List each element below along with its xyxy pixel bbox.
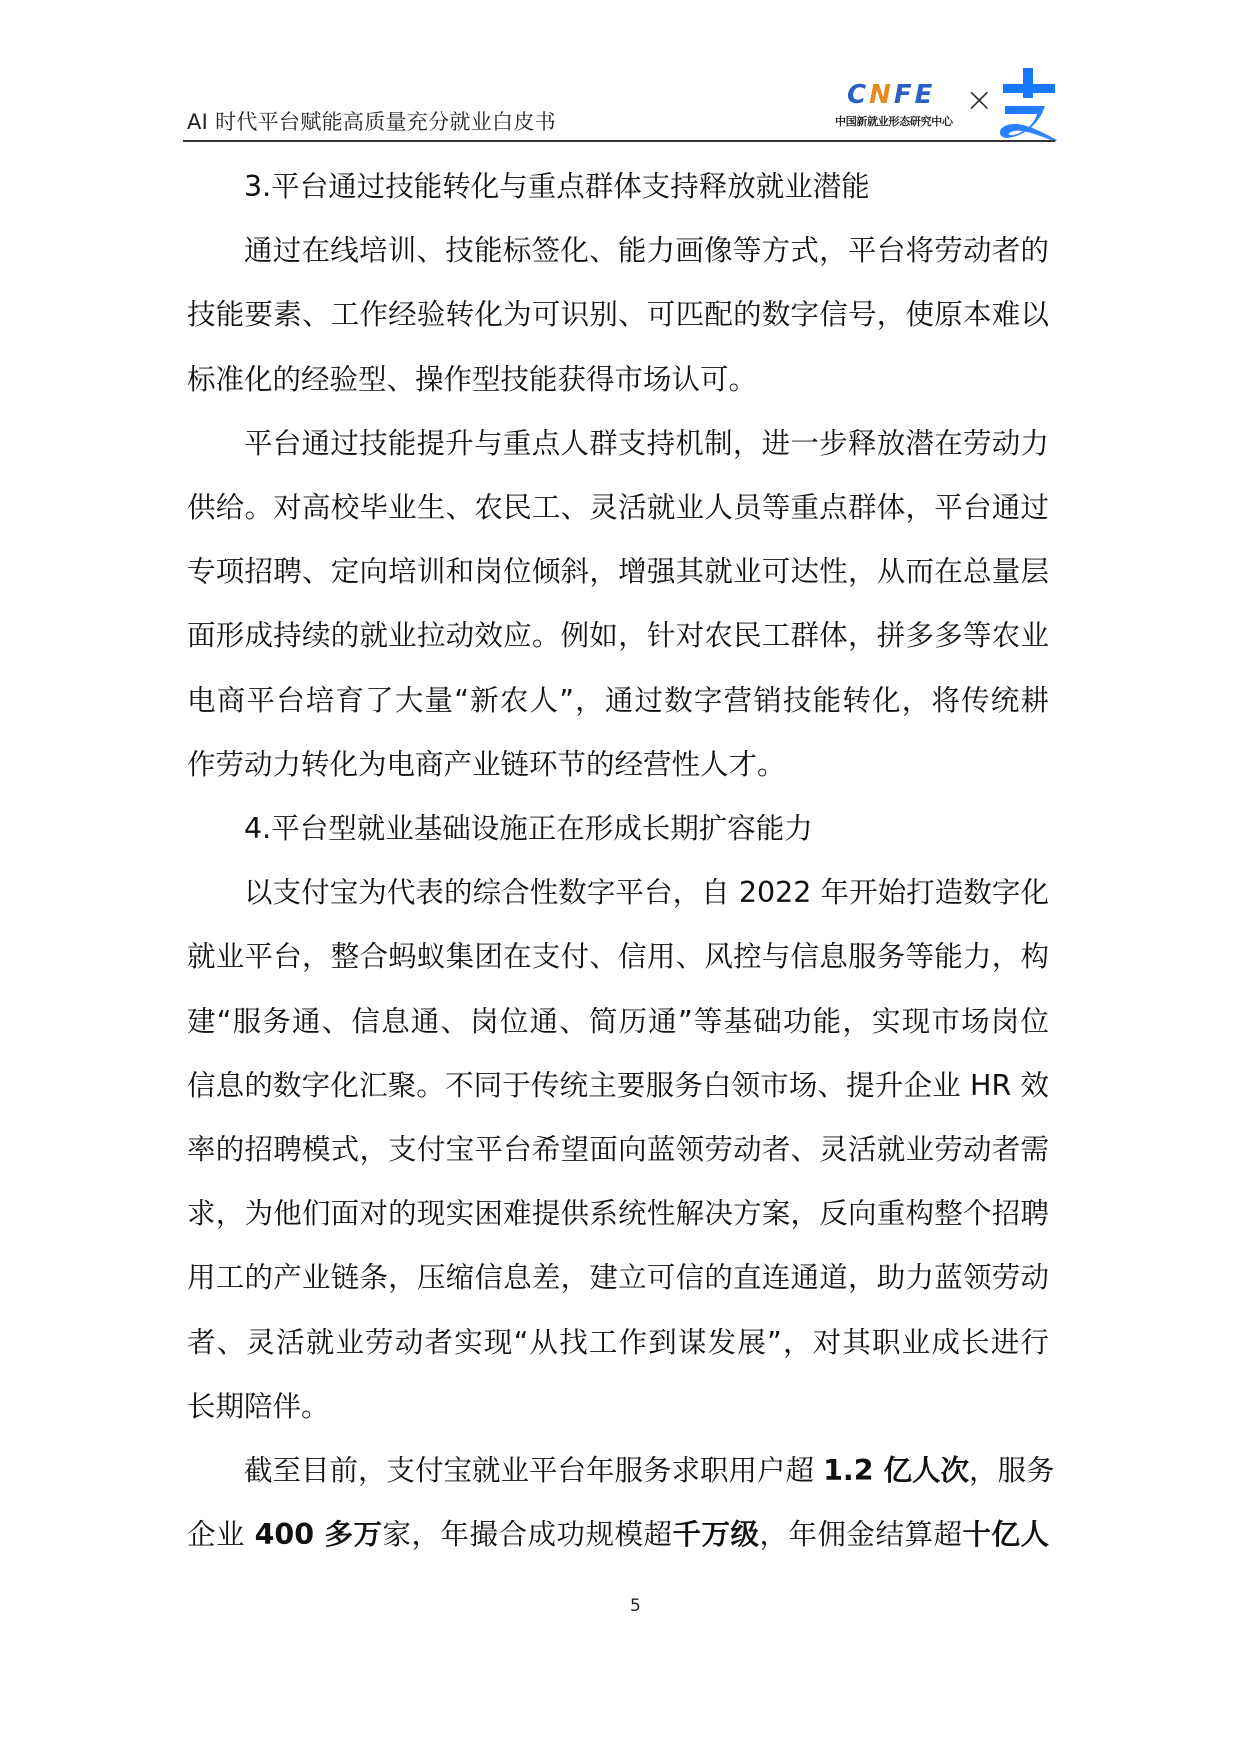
- cnfe-logo-mark: CNFE: [847, 80, 935, 110]
- alipay-logo-icon: [995, 64, 1061, 144]
- stat-match-scale: 千万级: [672, 1518, 759, 1551]
- section-4: 4.平台型就业基础设施正在形成长期扩容能力 以支付宝为代表的综合性数字平台，自 …: [187, 797, 1049, 1567]
- text-line: 长期陪伴。: [187, 1375, 1049, 1439]
- text-line: 建“服务通、信息通、岗位通、简历通”等基础功能，实现市场岗位: [187, 990, 1049, 1054]
- text-line: 专项招聘、定向培训和岗位倾斜，增强其就业可达性，从而在总量层: [187, 540, 1049, 604]
- paragraph: 平台通过技能提升与重点人群支持机制，进一步释放潜在劳动力 供给。对高校毕业生、农…: [187, 412, 1049, 797]
- header-divider: [183, 140, 1055, 142]
- paragraph-statistics: 截至目前，支付宝就业平台年服务求职用户超 1.2 亿人次，服务 企业 400 多…: [187, 1439, 1049, 1567]
- text-line: 信息的数字化汇聚。不同于传统主要服务白领市场、提升企业 HR 效: [187, 1054, 1049, 1118]
- stat-enterprises: 400 多万: [255, 1518, 383, 1551]
- text-line: 者、灵活就业劳动者实现“从找工作到谋发展”，对其职业成长进行: [187, 1311, 1049, 1375]
- paragraph: 以支付宝为代表的综合性数字平台，自 2022 年开始打造数字化 就业平台，整合蚂…: [187, 861, 1049, 1439]
- text-line: 用工的产业链条，压缩信息差，建立可信的直连通道，助力蓝领劳动: [187, 1246, 1049, 1310]
- text-line: 就业平台，整合蚂蚁集团在支付、信用、风控与信息服务等能力，构: [187, 925, 1049, 989]
- text-line: 作劳动力转化为电商产业链环节的经营性人才。: [187, 733, 1049, 797]
- paragraph: 通过在线培训、技能标签化、能力画像等方式，平台将劳动者的 技能要素、工作经验转化…: [187, 219, 1049, 412]
- text-line: 标准化的经验型、操作型技能获得市场认可。: [187, 348, 1049, 412]
- text-line: 以支付宝为代表的综合性数字平台，自 2022 年开始打造数字化: [187, 861, 1049, 925]
- text-line: 通过在线培训、技能标签化、能力画像等方式，平台将劳动者的: [187, 219, 1049, 283]
- text-line: 企业 400 多万家，年撮合成功规模超千万级，年佣金结算超十亿人: [187, 1503, 1049, 1567]
- text-line: 平台通过技能提升与重点人群支持机制，进一步释放潜在劳动力: [187, 412, 1049, 476]
- stat-job-seekers: 1.2 亿人次: [823, 1454, 969, 1487]
- document-body: 3.平台通过技能转化与重点群体支持释放就业潜能 通过在线培训、技能标签化、能力画…: [187, 155, 1049, 1567]
- text-line: 截至目前，支付宝就业平台年服务求职用户超 1.2 亿人次，服务: [187, 1439, 1049, 1503]
- text-line: 求，为他们面对的现实困难提供系统性解决方案，反向重构整个招聘: [187, 1182, 1049, 1246]
- logo-separator-icon: ×: [965, 80, 994, 120]
- page-header: AI 时代平台赋能高质量充分就业白皮书 CNFE 中国新就业形态研究中心 ×: [183, 70, 1055, 142]
- page-number: 5: [630, 1596, 641, 1616]
- section-heading: 4.平台型就业基础设施正在形成长期扩容能力: [187, 797, 1049, 861]
- section-heading: 3.平台通过技能转化与重点群体支持释放就业潜能: [187, 155, 1049, 219]
- cnfe-logo-subtitle: 中国新就业形态研究中心: [835, 113, 953, 129]
- text-line: 率的招聘模式，支付宝平台希望面向蓝领劳动者、灵活就业劳动者需: [187, 1118, 1049, 1182]
- document-title: AI 时代平台赋能高质量充分就业白皮书: [187, 106, 556, 136]
- text-line: 供给。对高校毕业生、农民工、灵活就业人员等重点群体，平台通过: [187, 476, 1049, 540]
- text-line: 面形成持续的就业拉动效应。例如，针对农民工群体，拼多多等农业: [187, 604, 1049, 668]
- section-3: 3.平台通过技能转化与重点群体支持释放就业潜能 通过在线培训、技能标签化、能力画…: [187, 155, 1049, 797]
- stat-commission: 十亿人: [962, 1518, 1049, 1551]
- text-line: 电商平台培育了大量“新农人”，通过数字营销技能转化，将传统耕: [187, 669, 1049, 733]
- text-line: 技能要素、工作经验转化为可识别、可匹配的数字信号，使原本难以: [187, 283, 1049, 347]
- cnfe-logo: CNFE 中国新就业形态研究中心: [835, 80, 955, 130]
